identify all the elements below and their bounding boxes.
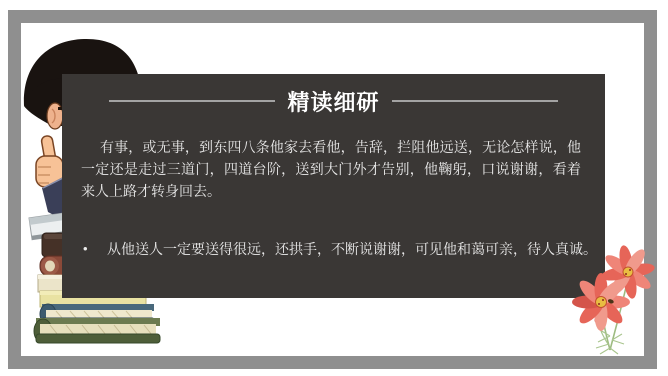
title-divider-right: [392, 100, 558, 102]
flowers-icon: [566, 232, 658, 360]
body-paragraph: 有事，或无事，到东四八条他家去看他，告辞，拦阻他远送，无论怎样说，他一定还是走过…: [81, 136, 581, 202]
content-panel: 精读细研 有事，或无事，到东四八条他家去看他，告辞，拦阻他远送，无论怎样说，他一…: [62, 74, 605, 298]
paragraph-1: 有事，或无事，到东四八条他家去看他，告辞，拦阻他远送，无论怎样说，他一定还是走过…: [81, 136, 581, 202]
paragraph-2: 从他送人一定要送得很远，还拱手，不断说谢谢，可见他和蔼可亲，待人真诚。: [107, 238, 597, 260]
bullet-item: • 从他送人一定要送得很远，还拱手，不断说谢谢，可见他和蔼可亲，待人真诚。: [81, 238, 597, 260]
section-title-row: 精读细研: [62, 87, 605, 115]
slide: 精读细研 有事，或无事，到东四八条他家去看他，告辞，拦阻他远送，无论怎样说，他一…: [0, 0, 668, 376]
title-divider-left: [109, 100, 275, 102]
bullet-marker: •: [81, 238, 107, 260]
section-title: 精读细研: [287, 86, 379, 117]
